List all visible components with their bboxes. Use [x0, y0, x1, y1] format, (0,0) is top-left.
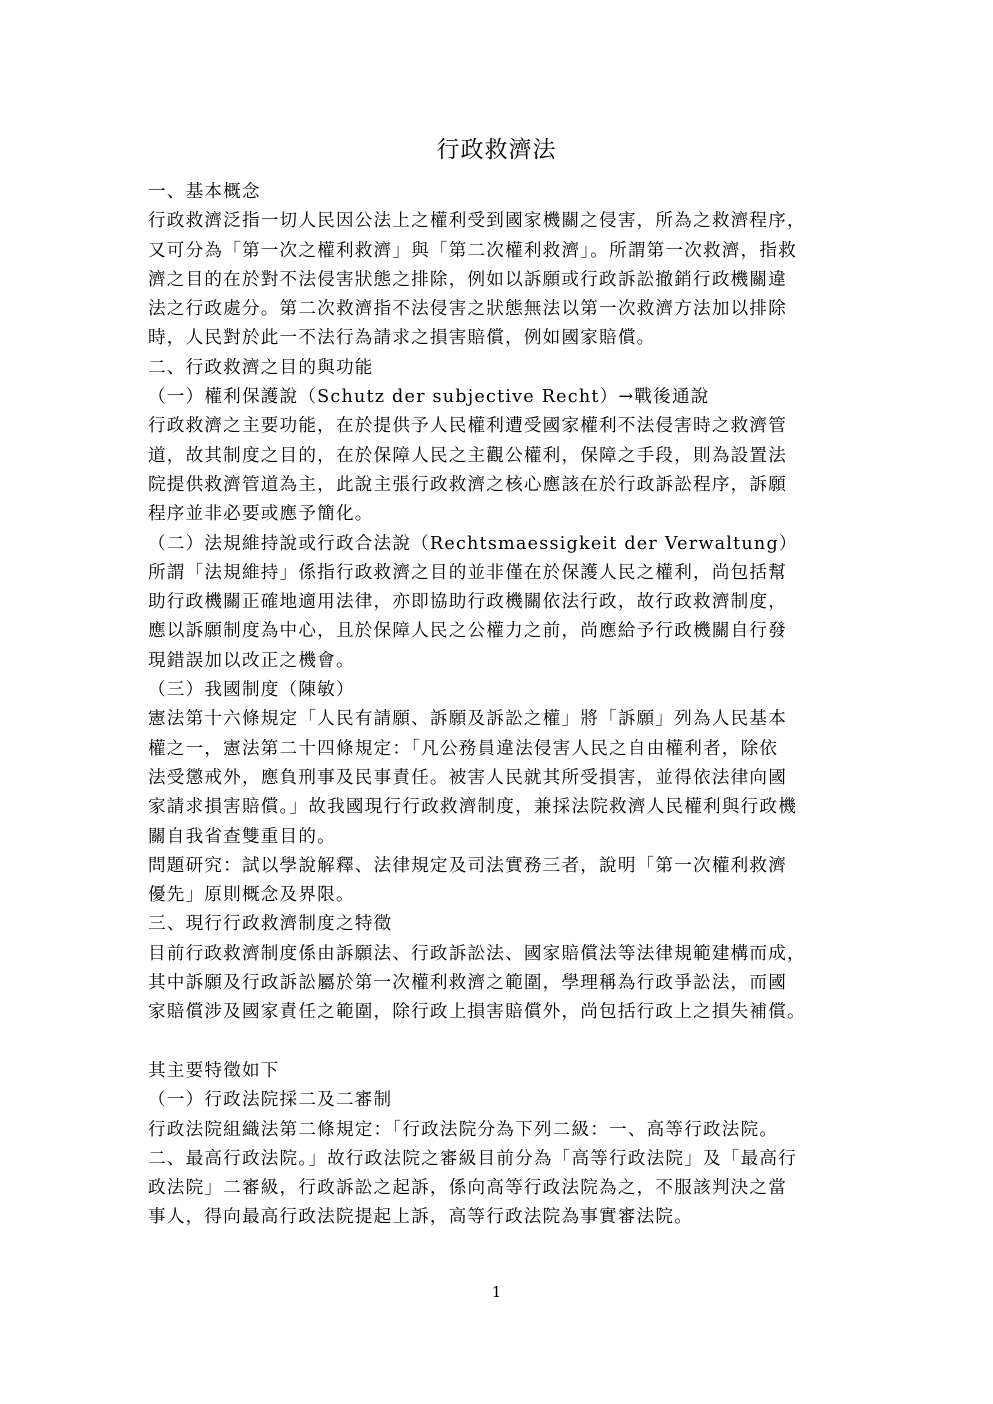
page-number: 1: [0, 1282, 993, 1302]
main-features-intro: 其主要特徵如下: [148, 1057, 868, 1086]
heading-current-features: 三、現行行政救濟制度之特徵: [148, 910, 868, 939]
paragraph-line: 應以訴願制度為中心，且於保障人民之公權力之前，尚應給予行政機關自行發: [148, 617, 868, 646]
paragraph-line: 權之一，憲法第二十四條規定：「凡公務員違法侵害人民之自由權利者，除依: [148, 735, 868, 764]
paragraph-line: 程序並非必要或應予簡化。: [148, 500, 868, 529]
paragraph-line: 助行政機關正確地適用法律，亦即協助行政機關依法行政，故行政救濟制度，: [148, 588, 868, 617]
paragraph-line: 法受懲戒外，應負刑事及民事責任。被害人民就其所受損害，並得依法律向國: [148, 764, 868, 793]
paragraph-line: 所謂「法規維持」係指行政救濟之目的並非僅在於保護人民之權利，尚包括幫: [148, 559, 868, 588]
paragraph-line: 行政救濟泛指一切人民因公法上之權利受到國家機關之侵害，所為之救濟程序，: [148, 207, 868, 236]
paragraph-line: 院提供救濟管道為主，此說主張行政救濟之核心應該在於行政訴訟程序，訴願: [148, 471, 868, 500]
heading-basic-concepts: 一、基本概念: [148, 178, 868, 207]
heading-purpose-function: 二、行政救濟之目的與功能: [148, 354, 868, 383]
paragraph-line: 家賠償涉及國家責任之範圍，除行政上損害賠償外，尚包括行政上之損失補償。: [148, 998, 868, 1027]
research-question-line: 優先」原則概念及界限。: [148, 881, 868, 910]
research-question-line: 問題研究：試以學說解釋、法律規定及司法實務三者，說明「第一次權利救濟: [148, 852, 868, 881]
subheading-rights-protection: （一）權利保護說（Schutz der subjective Recht）→戰後…: [148, 383, 868, 412]
document-body: 一、基本概念 行政救濟泛指一切人民因公法上之權利受到國家機關之侵害，所為之救濟程…: [148, 178, 868, 1233]
paragraph-line: 時，人民對於此一不法行為請求之損害賠償，例如國家賠償。: [148, 324, 868, 353]
paragraph-line: 憲法第十六條規定「人民有請願、訴願及訴訟之權」將「訴願」列為人民基本: [148, 705, 868, 734]
paragraph-line: 事人，得向最高行政法院提起上訴，高等行政法院為事實審法院。: [148, 1203, 868, 1232]
document-title: 行政救濟法: [0, 134, 993, 166]
blank-line: [148, 1028, 868, 1057]
paragraph-line: 二、最高行政法院。」故行政法院之審級目前分為「高等行政法院」及「最高行: [148, 1145, 868, 1174]
subheading-our-system: （三）我國制度（陳敏）: [148, 676, 868, 705]
paragraph-line: 道，故其制度之目的，在於保障人民之主觀公權利，保障之手段，則為設置法: [148, 442, 868, 471]
subheading-two-tier-system: （一）行政法院採二及二審制: [148, 1086, 868, 1115]
paragraph-line: 法之行政處分。第二次救濟指不法侵害之狀態無法以第一次救濟方法加以排除: [148, 295, 868, 324]
paragraph-line: 行政法院組織法第二條規定：「行政法院分為下列二級：一、高等行政法院。: [148, 1116, 868, 1145]
paragraph-line: 家請求損害賠償。」故我國現行行政救濟制度，兼採法院救濟人民權利與行政機: [148, 793, 868, 822]
paragraph-line: 關自我省查雙重目的。: [148, 823, 868, 852]
paragraph-line: 濟之目的在於對不法侵害狀態之排除，例如以訴願或行政訴訟撤銷行政機關違: [148, 266, 868, 295]
paragraph-line: 政法院」二審級，行政訴訟之起訴，係向高等行政法院為之，不服該判決之當: [148, 1174, 868, 1203]
document-page: 行政救濟法 一、基本概念 行政救濟泛指一切人民因公法上之權利受到國家機關之侵害，…: [0, 0, 993, 1404]
subheading-legality-maintenance: （二）法規維持說或行政合法說（Rechtsmaessigkeit der Ver…: [148, 530, 868, 559]
paragraph-line: 行政救濟之主要功能，在於提供予人民權利遭受國家權利不法侵害時之救濟管: [148, 412, 868, 441]
paragraph-line: 現錯誤加以改正之機會。: [148, 647, 868, 676]
paragraph-line: 其中訴願及行政訴訟屬於第一次權利救濟之範圍，學理稱為行政爭訟法，而國: [148, 969, 868, 998]
paragraph-line: 又可分為「第一次之權利救濟」與「第二次權利救濟」。所謂第一次救濟，指救: [148, 237, 868, 266]
paragraph-line: 目前行政救濟制度係由訴願法、行政訴訟法、國家賠償法等法律規範建構而成，: [148, 940, 868, 969]
